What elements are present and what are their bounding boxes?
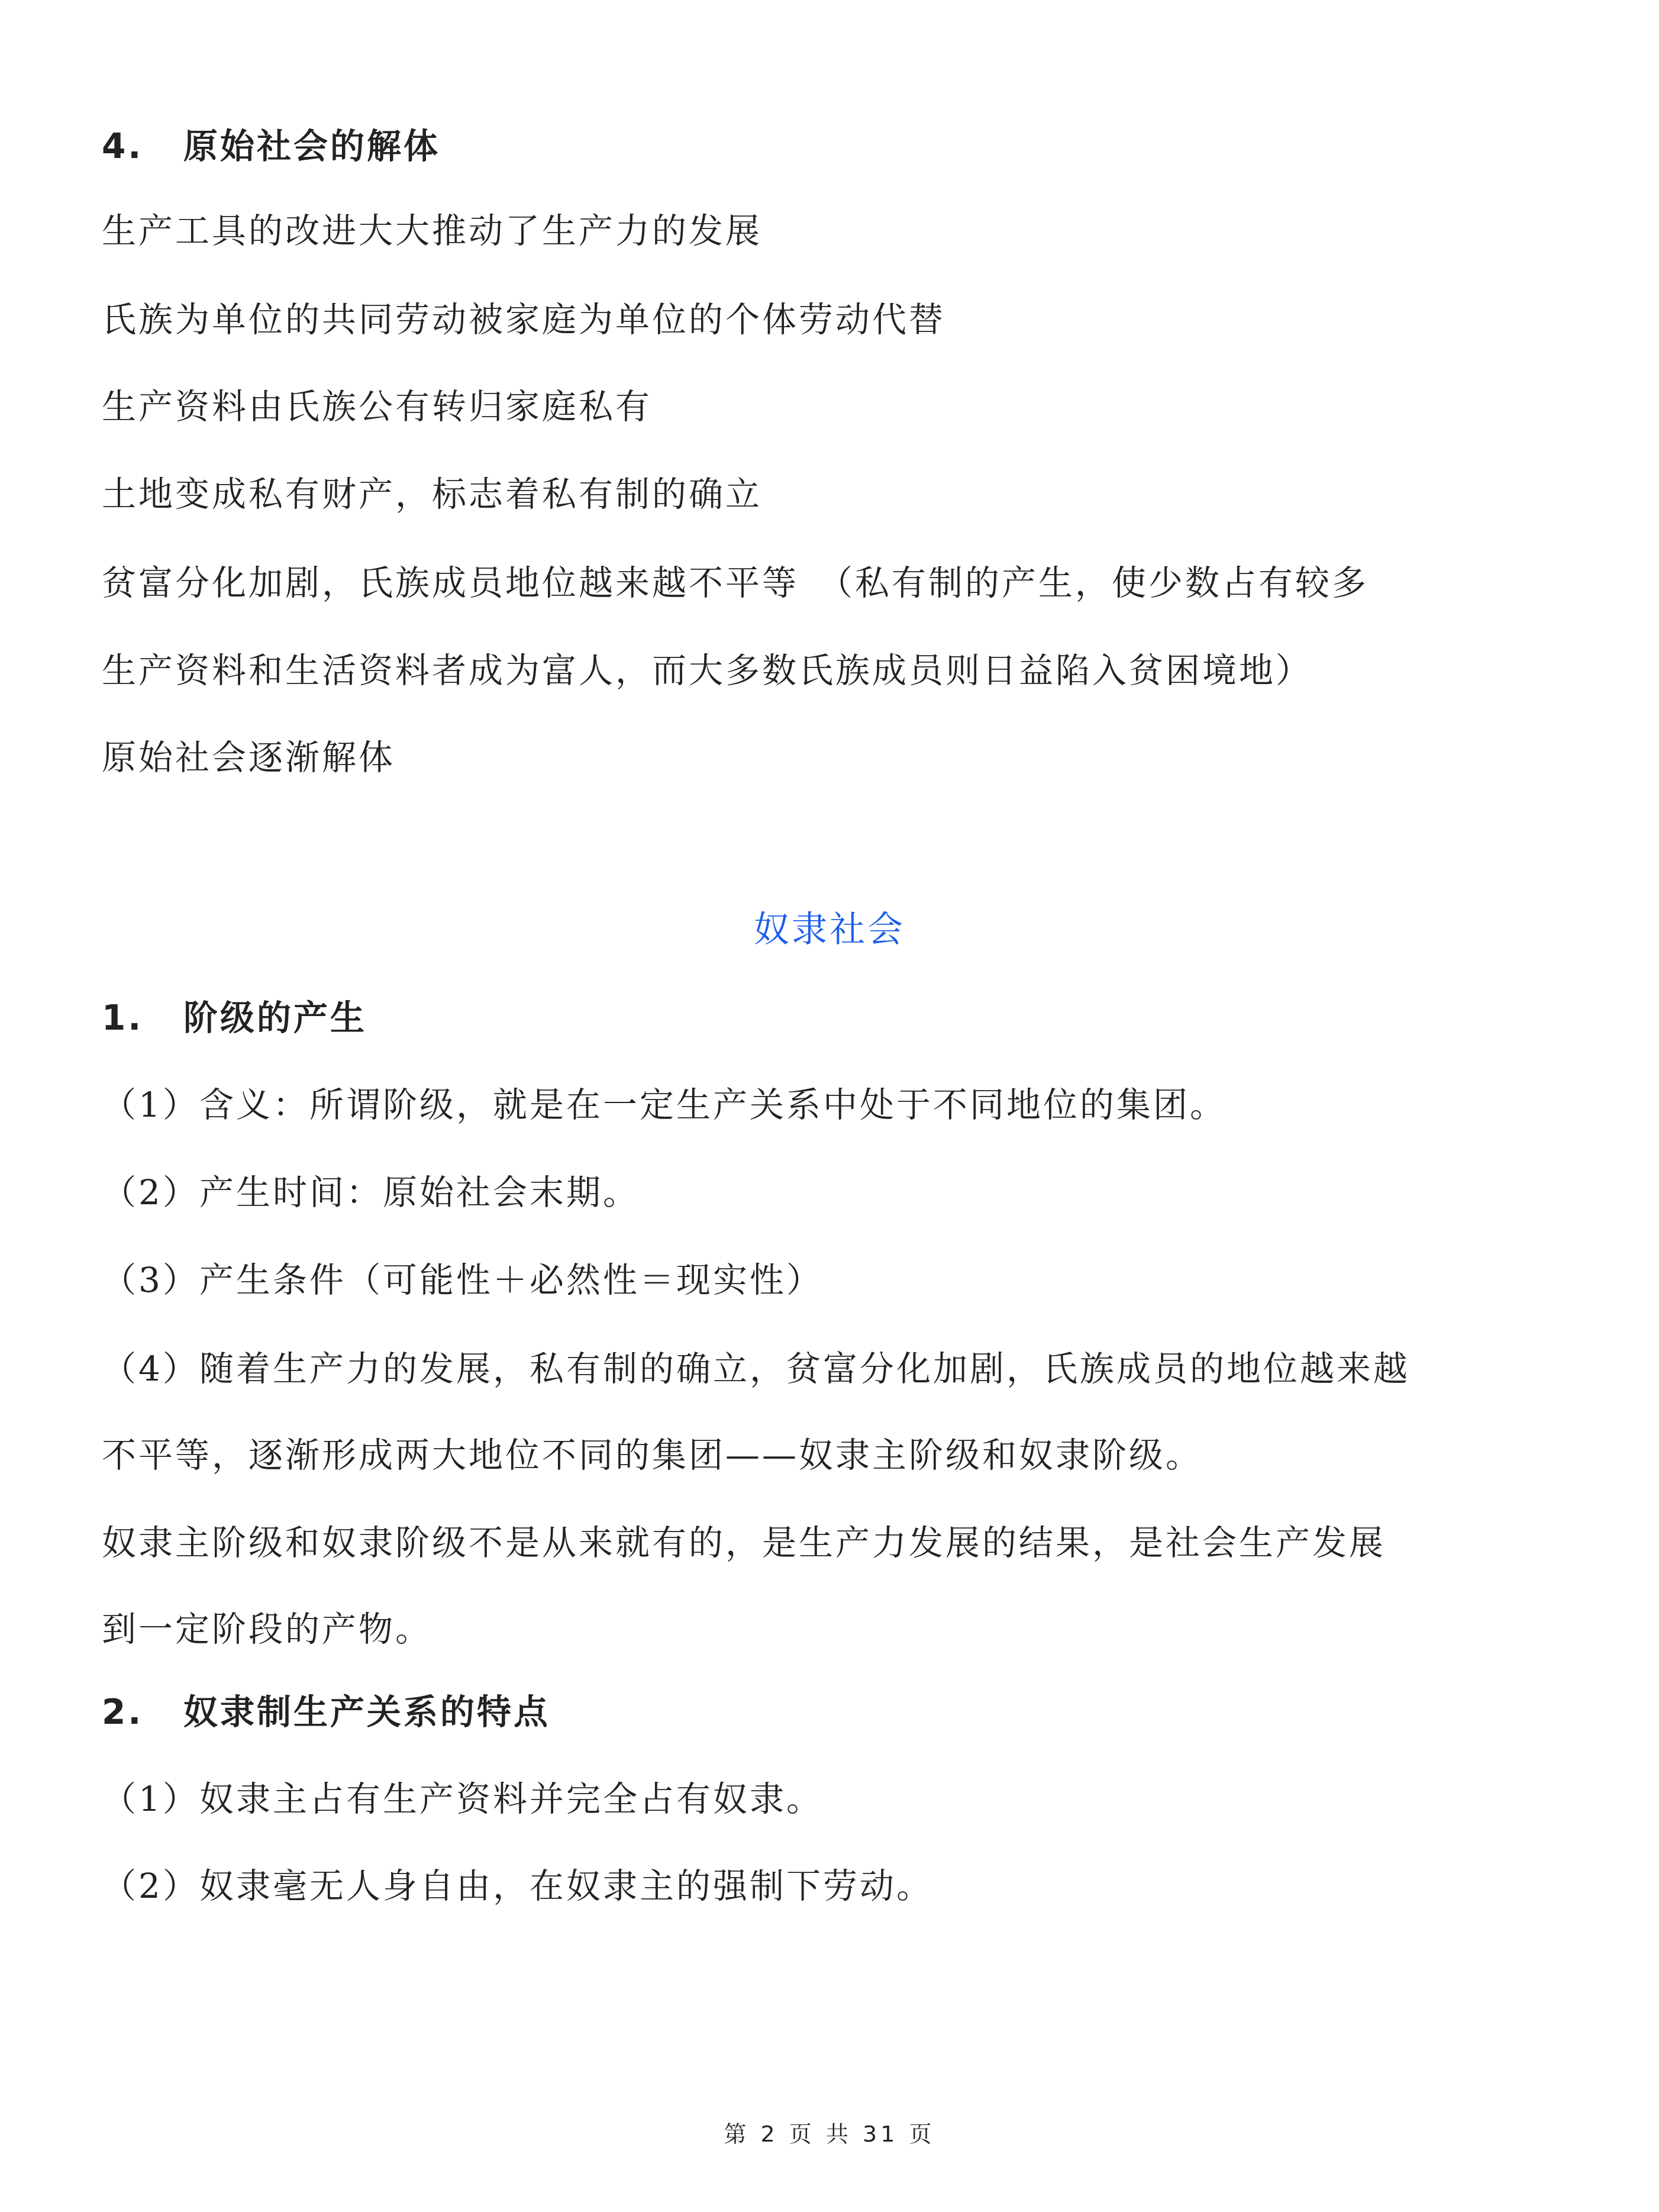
- paragraph-line: 到一定阶段的产物。: [102, 1608, 432, 1650]
- section-2-heading: 2.奴隶制生产关系的特点: [102, 1691, 550, 1733]
- section-number: 1.: [102, 997, 183, 1039]
- paragraph-line: （1）奴隶主占有生产资料并完全占有奴隶。: [102, 1778, 823, 1820]
- section-1-heading: 1.阶级的产生: [102, 997, 367, 1039]
- paragraph-line: 生产工具的改进大大推动了生产力的发展: [102, 210, 762, 251]
- section-number: 4.: [102, 125, 183, 167]
- paragraph-line: 氏族为单位的共同劳动被家庭为单位的个体劳动代替: [102, 299, 945, 340]
- paragraph-line: （3）产生条件（可能性＋必然性＝现实性）: [102, 1259, 823, 1301]
- paragraph-line: 生产资料由氏族公有转归家庭私有: [102, 386, 652, 427]
- paragraph-line: 奴隶主阶级和奴隶阶级不是从来就有的，是生产力发展的结果，是社会生产发展: [102, 1522, 1386, 1563]
- paragraph-line: 贫富分化加剧，氏族成员地位越来越不平等 （私有制的产生，使少数占有较多: [102, 562, 1368, 604]
- section-number: 2.: [102, 1691, 183, 1733]
- section-title: 阶级的产生: [183, 998, 367, 1038]
- paragraph-line: （1）含义：所谓阶级，就是在一定生产关系中处于不同地位的集团。: [102, 1084, 1227, 1126]
- chapter-title: 奴隶社会: [0, 908, 1659, 951]
- paragraph-line: 原始社会逐渐解体: [102, 737, 395, 778]
- paragraph-line: 不平等，逐渐形成两大地位不同的集团——奴隶主阶级和奴隶阶级。: [102, 1434, 1202, 1476]
- section-title: 奴隶制生产关系的特点: [183, 1692, 550, 1732]
- paragraph-line: （4）随着生产力的发展，私有制的确立，贫富分化加剧，氏族成员的地位越来越: [102, 1348, 1410, 1389]
- page-footer: 第 2 页 共 31 页: [0, 2116, 1659, 2148]
- section-title: 原始社会的解体: [183, 126, 440, 166]
- paragraph-line: 土地变成私有财产，标志着私有制的确立: [102, 473, 762, 515]
- paragraph-line: （2）产生时间：原始社会末期。: [102, 1172, 640, 1213]
- paragraph-line: （2）奴隶毫无人身自由，在奴隶主的强制下劳动。: [102, 1865, 933, 1907]
- section-4-heading: 4.原始社会的解体: [102, 125, 440, 167]
- paragraph-line: 生产资料和生活资料者成为富人，而大多数氏族成员则日益陷入贫困境地）: [102, 650, 1312, 691]
